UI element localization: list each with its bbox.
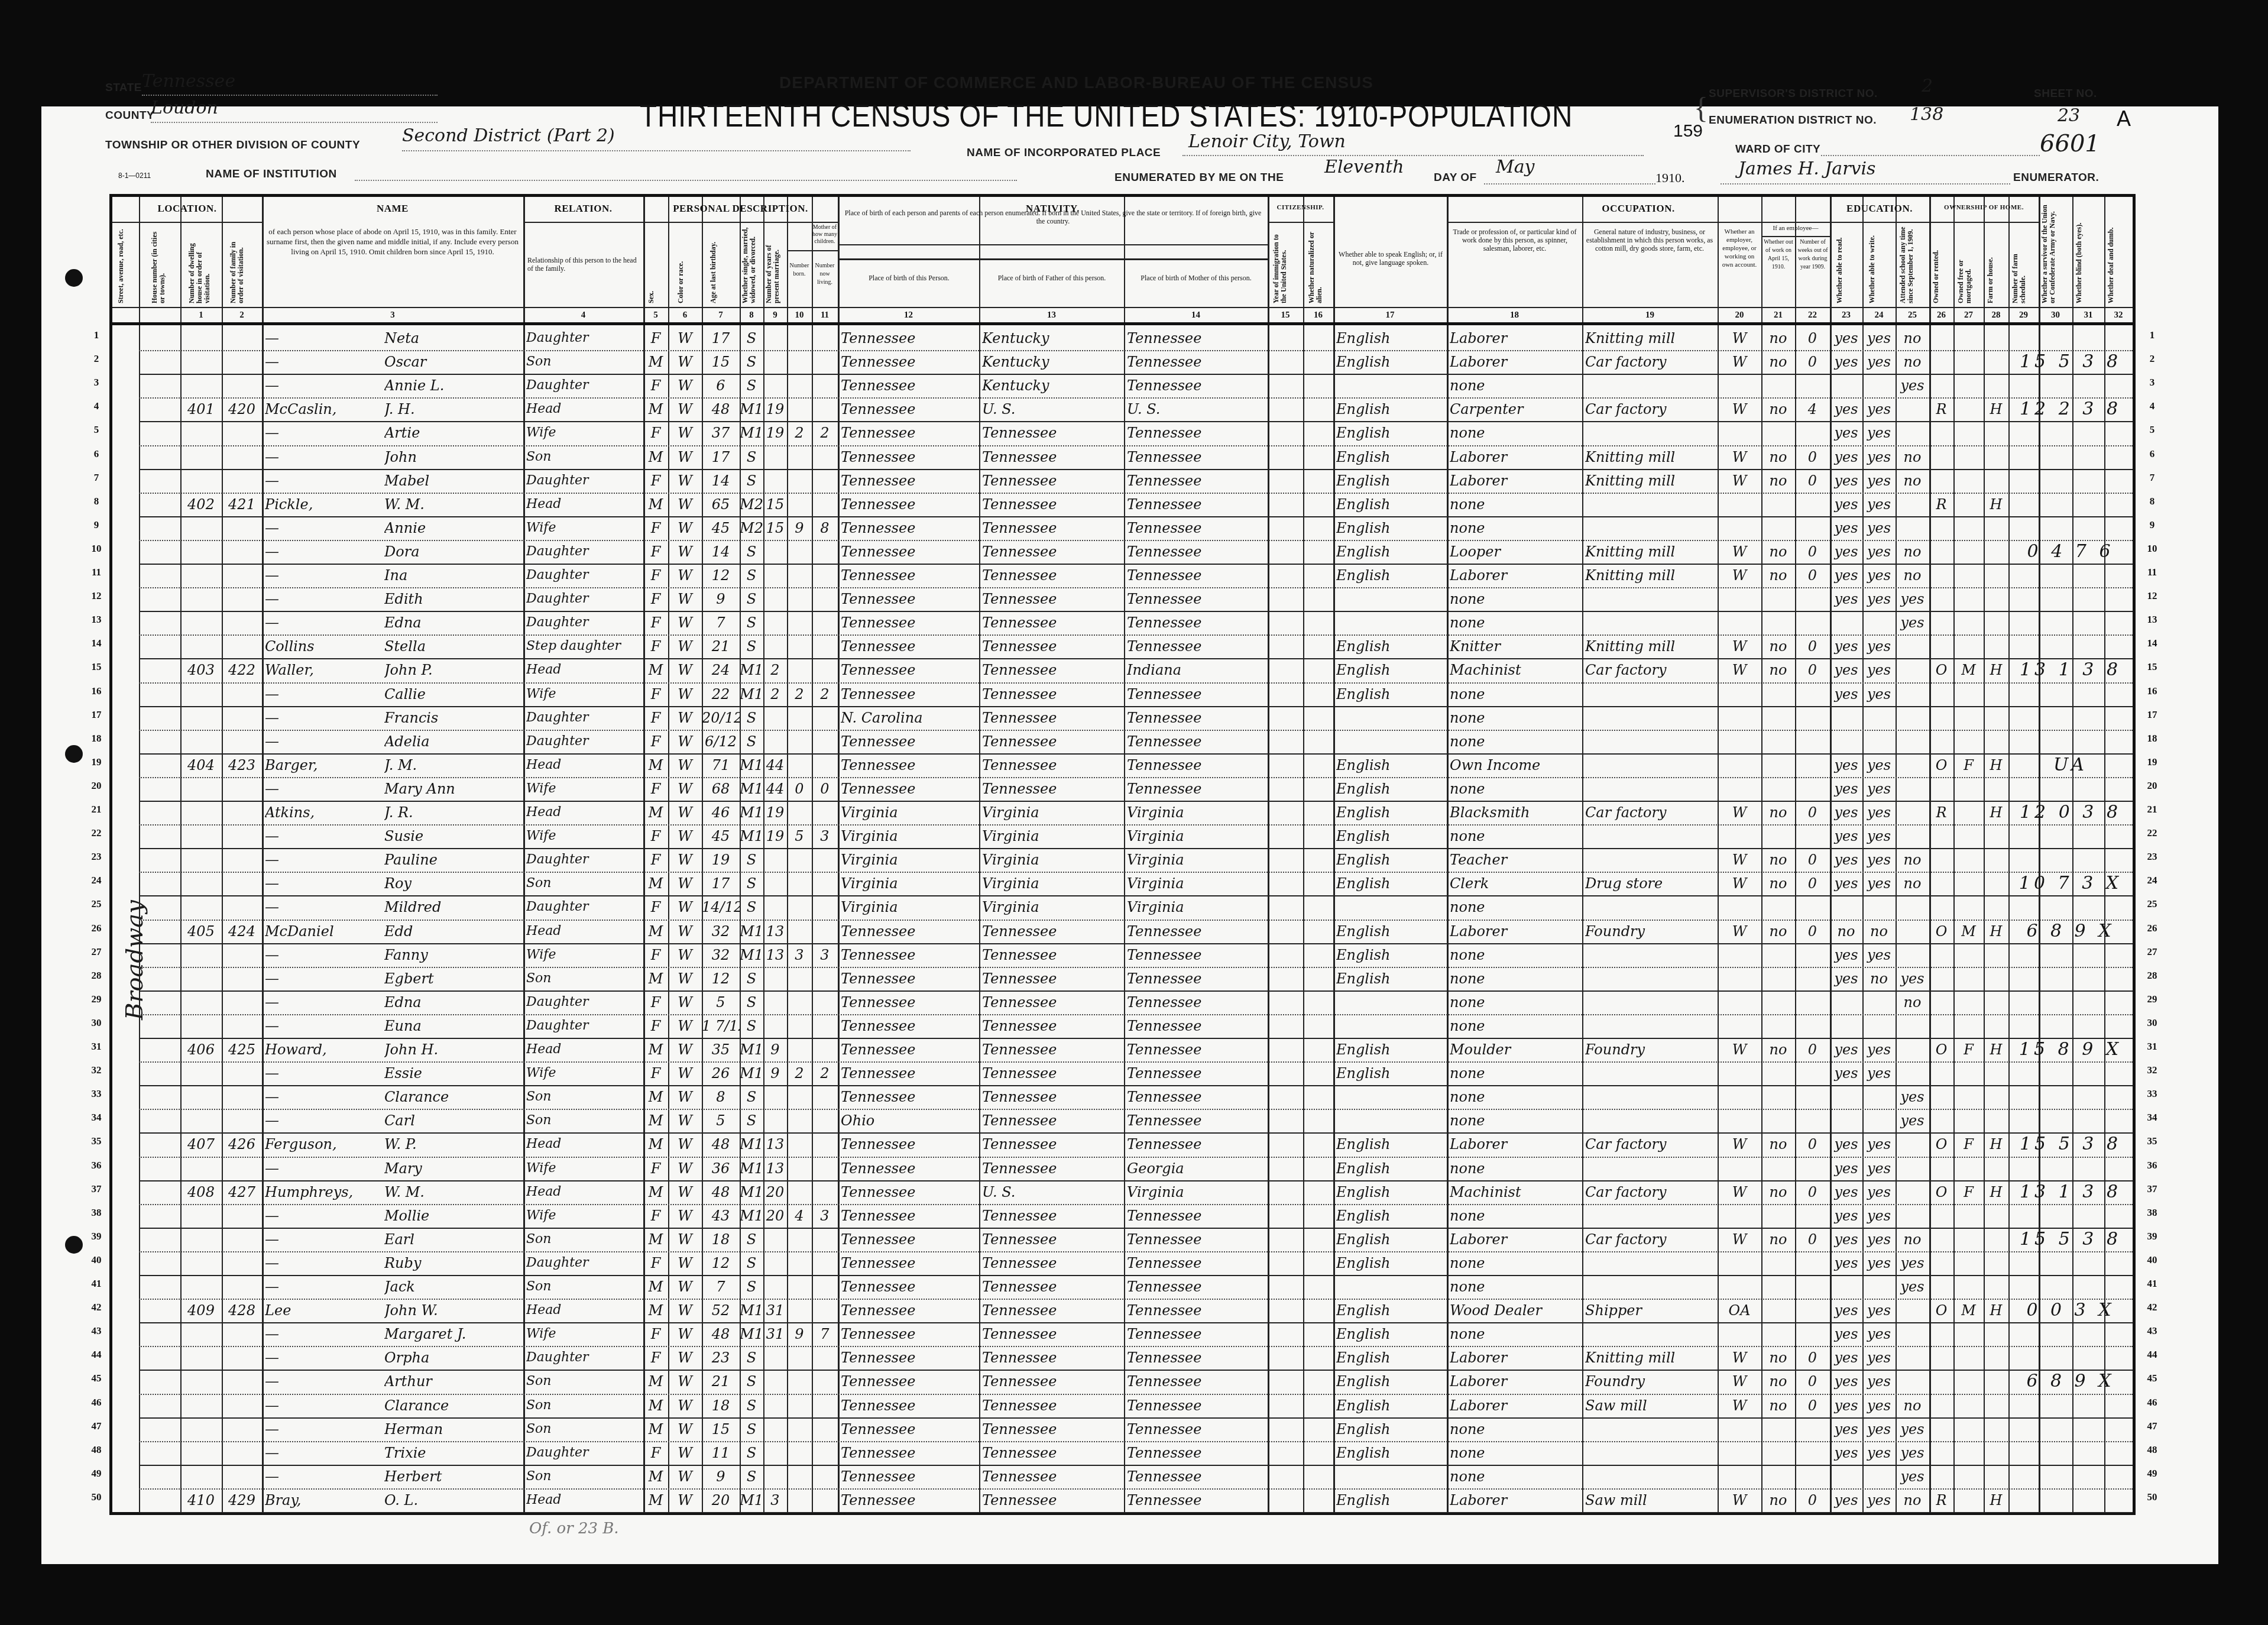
cell-ms: S [740, 1014, 763, 1038]
cell-wks: 0 [1795, 445, 1830, 469]
cell-surname: — [265, 967, 383, 990]
cell-born: 2 [787, 1061, 812, 1085]
cell-wks: 0 [1795, 469, 1830, 493]
cell-lang: English [1336, 824, 1447, 848]
cell-fbp: Kentucky [982, 350, 1124, 374]
cell-age: 48 [702, 1180, 740, 1204]
cell-given: Callie [384, 682, 523, 706]
cell-trade: none [1450, 516, 1582, 540]
cell-age: 17 [702, 872, 740, 895]
cell-fbp: Tennessee [982, 777, 1124, 801]
cell-rel: Daughter [526, 469, 643, 493]
col-family: Number of family in order of visitation. [229, 226, 256, 303]
cell-age: 11 [702, 1441, 740, 1465]
enumerated-label: ENUMERATED BY ME ON THE [1114, 171, 1284, 184]
cell-age: 7 [702, 1275, 740, 1299]
cell-lang: English [1336, 658, 1447, 682]
cell-emp: W [1718, 872, 1761, 895]
cell-trade: none [1450, 374, 1582, 397]
cell-trade: Machinist [1450, 658, 1582, 682]
cell-mbp: Tennessee [1127, 1109, 1268, 1132]
cell-given: Stella [384, 635, 523, 658]
col-deaf: Whether deaf and dumb. [2107, 200, 2131, 303]
cell-write: yes [1862, 872, 1896, 895]
cell-rel: Daughter [526, 1251, 643, 1275]
cell-code: 0 4 7 6 [2008, 540, 2133, 564]
cell-mbp: Tennessee [1127, 1038, 1268, 1061]
cell-race: W [668, 1275, 702, 1299]
cell-read: yes [1830, 635, 1862, 658]
cell-free: F [1953, 1180, 1984, 1204]
line-number-left: 24 [88, 875, 105, 886]
line-number-left: 19 [88, 756, 105, 768]
cell-sex: M [643, 350, 668, 374]
cell-given: Euna [384, 1014, 523, 1038]
table-row: —ArtieWifeFW37M11922TennesseeTennesseeTe… [112, 421, 2133, 445]
cell-own: R [1929, 801, 1953, 824]
institution-label: NAME OF INSTITUTION [206, 168, 337, 181]
cell-ms: S [740, 635, 763, 658]
cell-fam: 426 [222, 1132, 262, 1156]
cell-write: yes [1862, 1299, 1896, 1322]
cell-mbp: Tennessee [1127, 516, 1268, 540]
cell-read: yes [1830, 753, 1862, 777]
line-number-left: 8 [88, 496, 105, 507]
cell-lang: English [1336, 848, 1447, 872]
cell-mbp: Tennessee [1127, 943, 1268, 967]
cell-race: W [668, 397, 702, 421]
cell-read: yes [1830, 777, 1862, 801]
cell-ms: M1 [740, 943, 763, 967]
cell-surname: — [265, 1157, 383, 1180]
ward-value: 6601 [2040, 130, 2100, 157]
cell-surname: — [265, 1465, 383, 1488]
cell-trade: none [1450, 990, 1582, 1014]
cell-lang: English [1336, 967, 1447, 990]
cell-oow: no [1761, 445, 1795, 469]
cell-rel: Son [526, 1370, 643, 1393]
cell-ms: M1 [740, 658, 763, 682]
cell-race: W [668, 824, 702, 848]
cell-fbp: Tennessee [982, 753, 1124, 777]
cell-bp: Virginia [841, 895, 979, 919]
cell-write: yes [1862, 397, 1896, 421]
cell-bp: Tennessee [841, 564, 979, 587]
cell-read: yes [1830, 1441, 1862, 1465]
line-number-left: 49 [88, 1468, 105, 1480]
cell-age: 65 [702, 493, 740, 516]
col-school: Attended school any time since September… [1899, 226, 1926, 303]
supervisor-district-value: 2 [1922, 76, 1933, 96]
cell-given: Herbert [384, 1465, 523, 1488]
cell-own: R [1929, 493, 1953, 516]
cell-lang: English [1336, 872, 1447, 895]
line-number-left: 14 [88, 637, 105, 649]
cell-rel: Daughter [526, 730, 643, 753]
cell-given: Dora [384, 540, 523, 564]
cell-wks: 0 [1795, 1394, 1830, 1417]
col-marital: Whether single, married, widowed, or div… [741, 226, 763, 303]
line-number: 1 [2143, 329, 2161, 341]
cell-bp: Tennessee [841, 1417, 979, 1441]
cell-fbp: Tennessee [982, 967, 1124, 990]
cell-write: yes [1862, 753, 1896, 777]
cell-code: 13 1 3 8 [2008, 658, 2133, 682]
line-number: 11 [2143, 567, 2161, 578]
cell-age: 52 [702, 1299, 740, 1322]
cell-surname: — [265, 1228, 383, 1251]
line-number: 45 [2143, 1372, 2161, 1384]
cell-fbp: Tennessee [982, 1228, 1124, 1251]
cell-given: Mollie [384, 1204, 523, 1228]
cell-rel: Daughter [526, 374, 643, 397]
col-birthplace: Place of birth of this Person. [843, 274, 976, 282]
cell-sex: M [643, 1038, 668, 1061]
cell-mbp: Tennessee [1127, 990, 1268, 1014]
cell-living: 2 [812, 421, 838, 445]
cell-rel: Son [526, 1228, 643, 1251]
line-number: 31 [2143, 1041, 2161, 1053]
cell-ind: Shipper [1585, 1299, 1718, 1322]
cell-free: F [1953, 753, 1984, 777]
cell-trade: none [1450, 777, 1582, 801]
table-row: —ArthurSonMW21STennesseeTennesseeTenness… [112, 1370, 2133, 1393]
cell-age: 12 [702, 1251, 740, 1275]
cell-surname: McDaniel [265, 920, 383, 943]
cell-fh: H [1984, 493, 2008, 516]
cell-rel: Head [526, 1038, 643, 1061]
cell-ind: Car factory [1585, 350, 1718, 374]
cell-rel: Son [526, 1109, 643, 1132]
cell-ms: S [740, 848, 763, 872]
line-number: 47 [2143, 1420, 2161, 1432]
cell-mbp: Georgia [1127, 1157, 1268, 1180]
cell-ms: S [740, 611, 763, 635]
line-number: 34 [2143, 1112, 2161, 1124]
enumeration-district-value: 138 [1910, 104, 1943, 125]
cell-fh: H [1984, 753, 2008, 777]
cell-rel: Daughter [526, 326, 643, 350]
cell-fbp: Tennessee [982, 658, 1124, 682]
cell-ms: S [740, 990, 763, 1014]
cell-fbp: Virginia [982, 824, 1124, 848]
cell-emp: W [1718, 1370, 1761, 1393]
line-number-left: 46 [88, 1397, 105, 1409]
line-number: 7 [2143, 472, 2161, 484]
cell-rel: Head [526, 801, 643, 824]
cell-bp: Tennessee [841, 1204, 979, 1228]
cell-age: 21 [702, 1370, 740, 1393]
line-number-left: 42 [88, 1302, 105, 1313]
cell-given: Oscar [384, 350, 523, 374]
cell-surname: — [265, 611, 383, 635]
cell-fbp: U. S. [982, 397, 1124, 421]
cell-race: W [668, 516, 702, 540]
cell-surname: — [265, 421, 383, 445]
header-citizenship: CITIZENSHIP. [1268, 204, 1333, 211]
cell-sex: M [643, 1132, 668, 1156]
cell-bp: Tennessee [841, 730, 979, 753]
cell-fbp: Tennessee [982, 587, 1124, 611]
cell-bp: Tennessee [841, 374, 979, 397]
cell-lang: English [1336, 469, 1447, 493]
table-row: —OrphaDaughterFW23STennesseeTennesseeTen… [112, 1346, 2133, 1370]
mother-children-header: Mother of how many children. [812, 224, 838, 245]
cell-ym: 13 [763, 920, 787, 943]
cell-oow: no [1761, 635, 1795, 658]
cell-read: yes [1830, 1228, 1862, 1251]
cell-oow: no [1761, 1394, 1795, 1417]
cell-rel: Son [526, 1465, 643, 1488]
cell-ym: 19 [763, 421, 787, 445]
cell-mbp: Tennessee [1127, 1394, 1268, 1417]
cell-trade: none [1450, 730, 1582, 753]
cell-trade: Laborer [1450, 1394, 1582, 1417]
cell-given: Francis [384, 706, 523, 730]
cell-trade: none [1450, 587, 1582, 611]
cell-bp: Tennessee [841, 1370, 979, 1393]
year-label: 1910. [1655, 170, 1685, 186]
table-row: —CarlSonMW5SOhioTennesseeTennesseenoneye… [112, 1109, 2133, 1132]
cell-rel: Son [526, 350, 643, 374]
cell-dw: 401 [180, 397, 222, 421]
cell-read: yes [1830, 1488, 1862, 1512]
cell-sch: yes [1896, 1275, 1929, 1299]
col-language: Whether able to speak English; or, if no… [1337, 250, 1444, 267]
cell-age: 15 [702, 1417, 740, 1441]
line-number-left: 44 [88, 1349, 105, 1361]
cell-surname: — [265, 540, 383, 564]
cell-trade: none [1450, 967, 1582, 990]
cell-race: W [668, 611, 702, 635]
cell-surname: — [265, 1204, 383, 1228]
cell-ms: S [740, 1417, 763, 1441]
line-number: 42 [2143, 1302, 2161, 1313]
cell-given: Orpha [384, 1346, 523, 1370]
cell-given: Susie [384, 824, 523, 848]
col-mother-birthplace: Place of birth of Mother of this person. [1128, 274, 1264, 282]
cell-surname: — [265, 1441, 383, 1465]
relation-instructions: Relationship of this person to the head … [527, 256, 640, 273]
cell-age: 68 [702, 777, 740, 801]
cell-sex: M [643, 1370, 668, 1393]
cell-bp: Tennessee [841, 397, 979, 421]
cell-age: 21 [702, 635, 740, 658]
line-number-left: 5 [88, 424, 105, 436]
cell-bp: Tennessee [841, 587, 979, 611]
cell-ind: Car factory [1585, 1180, 1718, 1204]
cell-age: 45 [702, 516, 740, 540]
line-number: 32 [2143, 1064, 2161, 1076]
cell-bp: Tennessee [841, 658, 979, 682]
cell-ym: 15 [763, 516, 787, 540]
cell-race: W [668, 1014, 702, 1038]
cell-bp: Tennessee [841, 1228, 979, 1251]
cell-sex: M [643, 1109, 668, 1132]
table-row: —OscarSonMW15STennesseeKentuckyTennessee… [112, 350, 2133, 374]
cell-fbp: Kentucky [982, 326, 1124, 350]
cell-surname: — [265, 1275, 383, 1299]
cell-mbp: Tennessee [1127, 493, 1268, 516]
cell-age: 14 [702, 469, 740, 493]
cell-mbp: Tennessee [1127, 1132, 1268, 1156]
cell-ym: 44 [763, 753, 787, 777]
cell-bp: Tennessee [841, 753, 979, 777]
table-row: —EdnaDaughterFW7STennesseeTennesseeTenne… [112, 611, 2133, 635]
cell-fam: 425 [222, 1038, 262, 1061]
line-number: 9 [2143, 519, 2161, 531]
cell-age: 36 [702, 1157, 740, 1180]
cell-mbp: Tennessee [1127, 1061, 1268, 1085]
line-number: 44 [2143, 1349, 2161, 1361]
cell-trade: none [1450, 824, 1582, 848]
table-row: —TrixieDaughterFW11STennesseeTennesseeTe… [112, 1441, 2133, 1465]
cell-mbp: Tennessee [1127, 967, 1268, 990]
state-label: STATE [105, 82, 142, 95]
cell-mbp: Tennessee [1127, 611, 1268, 635]
cell-oow: no [1761, 1180, 1795, 1204]
cell-ms: S [740, 967, 763, 990]
cell-surname: — [265, 848, 383, 872]
cell-oow: no [1761, 469, 1795, 493]
cell-sex: F [643, 730, 668, 753]
cell-living: 8 [812, 516, 838, 540]
cell-own: O [1929, 920, 1953, 943]
cell-age: 6 [702, 374, 740, 397]
cell-sex: F [643, 1346, 668, 1370]
cell-ind: Knitting mill [1585, 564, 1718, 587]
cell-living: 2 [812, 1061, 838, 1085]
cell-sex: M [643, 1488, 668, 1512]
cell-trade: none [1450, 1157, 1582, 1180]
cell-read: yes [1830, 587, 1862, 611]
cell-trade: none [1450, 1322, 1582, 1346]
line-number-left: 43 [88, 1325, 105, 1337]
cell-sex: F [643, 706, 668, 730]
cell-trade: Laborer [1450, 445, 1582, 469]
cell-rel: Daughter [526, 848, 643, 872]
cell-bp: Tennessee [841, 1085, 979, 1109]
sheet-no-label: SHEET NO. [2034, 88, 2097, 101]
cell-write: yes [1862, 540, 1896, 564]
table-row: —FannyWifeFW32M11333TennesseeTennesseeTe… [112, 943, 2133, 967]
cell-read: yes [1830, 326, 1862, 350]
cell-surname: — [265, 682, 383, 706]
cell-bp: Tennessee [841, 350, 979, 374]
table-row: —JohnSonMW17STennesseeTennesseeTennessee… [112, 445, 2133, 469]
cell-sch: no [1896, 990, 1929, 1014]
cell-ind: Knitting mill [1585, 326, 1718, 350]
col-owned-free: Owned free or mortgaged. [1957, 226, 1981, 303]
cell-age: 9 [702, 1465, 740, 1488]
county-value: Loudon [151, 98, 218, 118]
cell-lang: English [1336, 1322, 1447, 1346]
line-number: 27 [2143, 946, 2161, 958]
cell-sch: no [1896, 564, 1929, 587]
cell-ms: S [740, 1228, 763, 1251]
cell-sex: M [643, 1085, 668, 1109]
cell-sex: F [643, 1061, 668, 1085]
cell-write: yes [1862, 516, 1896, 540]
table-row: 405424McDanielEddHeadMW32M113TennesseeTe… [112, 920, 2133, 943]
cell-bp: Tennessee [841, 421, 979, 445]
cell-sex: M [643, 1417, 668, 1441]
cell-race: W [668, 1085, 702, 1109]
cell-trade: Laborer [1450, 1228, 1582, 1251]
cell-emp: W [1718, 564, 1761, 587]
table-row: —CallieWifeFW22M1222TennesseeTennesseeTe… [112, 682, 2133, 706]
cell-fbp: Tennessee [982, 1417, 1124, 1441]
cell-race: W [668, 1061, 702, 1085]
cell-surname: — [265, 730, 383, 753]
cell-race: W [668, 920, 702, 943]
cell-mbp: Tennessee [1127, 1299, 1268, 1322]
line-number-left: 29 [88, 993, 105, 1005]
table-row: Atkins,J. R.HeadMW46M119VirginiaVirginia… [112, 801, 2133, 824]
cell-trade: Blacksmith [1450, 801, 1582, 824]
line-number: 28 [2143, 970, 2161, 982]
cell-rel: Wife [526, 777, 643, 801]
cell-sex: F [643, 848, 668, 872]
cell-trade: none [1450, 706, 1582, 730]
table-row: —MaryWifeFW36M113TennesseeTennesseeGeorg… [112, 1157, 2133, 1180]
line-number-left: 40 [88, 1254, 105, 1266]
cell-write: yes [1862, 1061, 1896, 1085]
table-row: —SusieWifeFW45M11953VirginiaVirginiaVirg… [112, 824, 2133, 848]
cell-fam: 428 [222, 1299, 262, 1322]
cell-surname: — [265, 326, 383, 350]
line-number-left: 35 [88, 1135, 105, 1147]
cell-bp: Tennessee [841, 943, 979, 967]
cell-wks: 0 [1795, 540, 1830, 564]
cell-sex: M [643, 397, 668, 421]
cell-fh: H [1984, 1488, 2008, 1512]
table-row: —Mary AnnWifeFW68M14400TennesseeTennesse… [112, 777, 2133, 801]
cell-read: no [1830, 920, 1862, 943]
line-number-left: 2 [88, 353, 105, 365]
cell-ms: M1 [740, 1180, 763, 1204]
header-location: LOCATION. [112, 203, 262, 215]
cell-emp: W [1718, 635, 1761, 658]
cell-surname: McCaslin, [265, 397, 383, 421]
cell-fbp: Tennessee [982, 1109, 1124, 1132]
cell-given: Carl [384, 1109, 523, 1132]
enumerated-month: May [1496, 157, 1535, 177]
cell-fbp: Tennessee [982, 540, 1124, 564]
cell-rel: Wife [526, 516, 643, 540]
cell-lang: English [1336, 1417, 1447, 1441]
header-relation: RELATION. [523, 203, 643, 215]
cell-rel: Son [526, 1394, 643, 1417]
township-label: TOWNSHIP OR OTHER DIVISION OF COUNTY [105, 139, 360, 152]
table-row: —Annie L.DaughterFW6STennesseeKentuckyTe… [112, 374, 2133, 397]
cell-ym: 9 [763, 1038, 787, 1061]
table-row: —RoySonMW17SVirginiaVirginiaVirginiaEngl… [112, 872, 2133, 895]
line-number-left: 6 [88, 448, 105, 460]
cell-given: Jack [384, 1275, 523, 1299]
line-number: 37 [2143, 1183, 2161, 1195]
cell-bp: Tennessee [841, 777, 979, 801]
cell-given: Fanny [384, 943, 523, 967]
line-number: 39 [2143, 1231, 2161, 1242]
line-number: 20 [2143, 780, 2161, 792]
bottom-annotation: Of. or 23 B. [529, 1520, 619, 1537]
table-row: —RubyDaughterFW12STennesseeTennesseeTenn… [112, 1251, 2133, 1275]
col-read: Whether able to read. [1836, 226, 1857, 303]
cell-age: 5 [702, 990, 740, 1014]
cell-age: 5 [702, 1109, 740, 1132]
line-number: 3 [2143, 377, 2161, 389]
